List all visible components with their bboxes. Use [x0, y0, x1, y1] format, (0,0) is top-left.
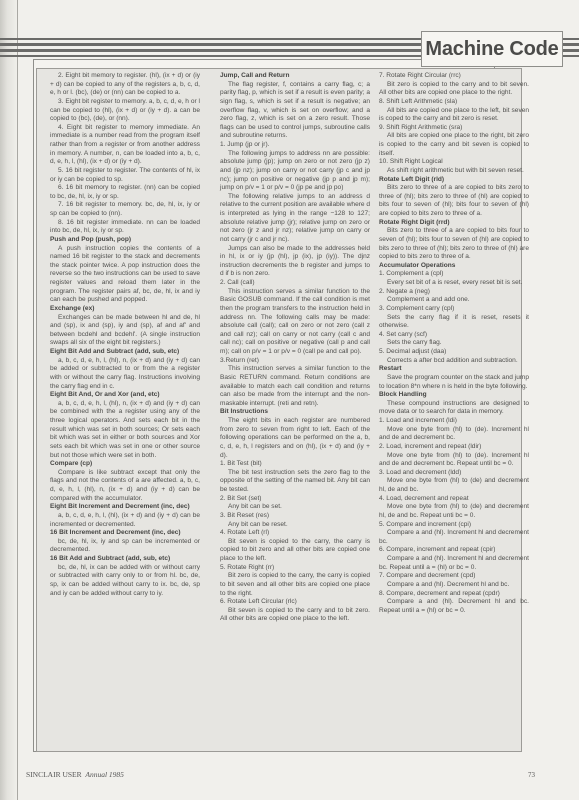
numbered-item-title: 1. Jump (jp or jr). [220, 141, 370, 150]
numbered-item-title: 3. Bit Reset (res) [220, 512, 370, 521]
body-paragraph: Any bit can be set. [220, 503, 370, 512]
section-heading: Exchange (ex) [50, 305, 200, 314]
numbered-item-title: 2. Negate a (neg) [379, 288, 529, 297]
body-paragraph: a, b, c, d, e, h, l, (hl), (ix + d) and … [50, 512, 200, 529]
body-paragraph: This instruction serves a similar functi… [220, 365, 370, 408]
body-paragraph: A push instruction copies the contents o… [50, 245, 200, 305]
body-paragraph: Move one byte from (hl) to (de) and decr… [379, 503, 529, 520]
numbered-item-title: 2. Call (call) [220, 279, 370, 288]
body-paragraph: Bits zero to three of a are copied to bi… [379, 184, 529, 219]
body-paragraph: Corrects a after bcd addition and subtra… [379, 357, 529, 366]
body-paragraph: Compare a and (hl). Increment hl and dec… [379, 555, 529, 572]
section-heading: Restart [379, 365, 529, 374]
body-paragraph: Bit seven is copied to the carry and to … [220, 607, 370, 624]
section-heading: Eight Bit And, Or and Xor (and, etc) [50, 391, 200, 400]
numbered-item-title: 3. Load and decrement (ldd) [379, 469, 529, 478]
body-paragraph: The flag register, f, contains a carry f… [220, 81, 370, 141]
body-paragraph: All bits are copied one place to the rig… [379, 132, 529, 158]
body-paragraph: Exchanges can be made between hl and de,… [50, 314, 200, 349]
numbered-item-title: 6. Rotate Left Circular (rlc) [220, 598, 370, 607]
section-heading: 16 Bit Add and Subtract (add, sub, etc) [50, 555, 200, 564]
body-paragraph: The eight bits in each register are numb… [220, 417, 370, 460]
body-paragraph: Every set bit of a is reset, every reset… [379, 279, 529, 288]
body-paragraph: Bit zero is copied to the carry, the car… [220, 572, 370, 598]
numbered-item-title: 5. Decimal adjust (daa) [379, 348, 529, 357]
body-paragraph: Compare a and (hl). Increment hl and dec… [379, 529, 529, 546]
body-paragraph: All bits are copied one place to the lef… [379, 107, 529, 124]
body-paragraph: bc, de, hl, ix can be added with or with… [50, 564, 200, 599]
body-paragraph: The bit test instruction sets the zero f… [220, 469, 370, 495]
numbered-item-title: 5. Compare and increment (cpi) [379, 521, 529, 530]
numbered-item-title: 8. Compare, decrement and repeat (cpdr) [379, 590, 529, 599]
body-paragraph: Sets the carry flag if it is reset, rese… [379, 314, 529, 331]
body-paragraph: Compare a and (hl). Decrement hl and bc.… [379, 598, 529, 615]
numbered-item-title: 5. Rotate Right (rr) [220, 564, 370, 573]
page-spine-shadow [0, 0, 18, 800]
numbered-item-title: 4. Set carry (scf) [379, 331, 529, 340]
body-paragraph: 8. 16 bit register immediate. nn can be … [50, 219, 200, 236]
section-heading: Eight Bit Add and Subtract (add, sub, et… [50, 348, 200, 357]
section-heading: Block Handling [379, 391, 529, 400]
publication-name: SINCLAIR USER [26, 770, 82, 779]
page-gutter-line [17, 0, 18, 800]
body-paragraph: Bit seven is copied to the carry, the ca… [220, 538, 370, 564]
numbered-item-title: 6. Compare, increment and repeat (cpir) [379, 546, 529, 555]
body-paragraph: 4. Eight bit register to memory immediat… [50, 124, 200, 167]
body-paragraph: 5. 16 bit register to register. The cont… [50, 167, 200, 184]
body-paragraph: Save the program counter on the stack an… [379, 374, 529, 391]
footer-publication: SINCLAIR USER Annual 1985 [26, 770, 124, 779]
section-title: Machine Code [421, 31, 563, 67]
body-paragraph: Move one byte from (hl) to (de) and decr… [379, 477, 529, 494]
numbered-item-title: 1. Bit Test (bit) [220, 460, 370, 469]
numbered-item-title: 9. Shift Right Arithmetic (sra) [379, 124, 529, 133]
numbered-item-title: 1. Load and increment (ldi) [379, 417, 529, 426]
body-paragraph: This instruction serves a similar functi… [220, 288, 370, 357]
article-column-3: 7. Rotate Right Circular (rrc)Bit zero i… [379, 72, 529, 615]
body-paragraph: Move one byte from (hl) to (de). Increme… [379, 452, 529, 469]
article-column-1: 2. Eight bit memory to register. (hl), (… [50, 72, 200, 598]
body-paragraph: Bit zero is copied to the carry and to b… [379, 81, 529, 98]
section-heading: Accumulator Operations [379, 262, 529, 271]
article-column-2: Jump, Call and ReturnThe flag register, … [220, 72, 370, 624]
body-paragraph: The following jumps to address nn are po… [220, 150, 370, 193]
numbered-item-title: 8. Shift Left Arithmetic (sla) [379, 98, 529, 107]
numbered-item-title: 4. Rotate Left (rl) [220, 529, 370, 538]
numbered-item-title: 3.Return (ret) [220, 357, 370, 366]
section-heading: 16 Bit Increment and Decrement (inc, dec… [50, 529, 200, 538]
body-paragraph: Move one byte from (hl) to (de). Increme… [379, 426, 529, 443]
section-heading: Rotate Left Digit (rld) [379, 176, 529, 185]
numbered-item-title: 1. Complement a (cpl) [379, 270, 529, 279]
numbered-item-title: 2. Bit Set (set) [220, 495, 370, 504]
body-paragraph: a, b, c, d, e, h, l, (hl), n, (ix + d) a… [50, 400, 200, 460]
body-paragraph: Compare a and (hl). Decrement hl and bc. [379, 581, 529, 590]
section-heading: Eight Bit Increment and Decrement (inc, … [50, 503, 200, 512]
numbered-item-title: 4. Load, decrement and repeat [379, 495, 529, 504]
body-paragraph: 3. Eight bit register to memory. a, b, c… [50, 98, 200, 124]
section-heading: Jump, Call and Return [220, 72, 370, 81]
body-paragraph: 6. 16 bit memory to register. (nn) can b… [50, 184, 200, 201]
body-paragraph: bc, de, hl, ix, iy and sp can be increme… [50, 538, 200, 555]
body-paragraph: 2. Eight bit memory to register. (hl), (… [50, 72, 200, 98]
body-paragraph: Bits zero to three of a are copied to bi… [379, 227, 529, 262]
body-paragraph: Complement a and add one. [379, 296, 529, 305]
numbered-item-title: 2. Load, increment and repeat (ldir) [379, 443, 529, 452]
body-paragraph: The following relative jumps to an addre… [220, 193, 370, 245]
section-heading: Rotate Right Digit (rrd) [379, 219, 529, 228]
numbered-item-title: 10. Shift Right Logical [379, 158, 529, 167]
numbered-item-title: 3. Complement carry (cpl) [379, 305, 529, 314]
body-paragraph: As shift right arithmetic but with bit s… [379, 167, 529, 176]
section-heading: Push and Pop (push, pop) [50, 236, 200, 245]
body-paragraph: Jumps can also be made to the addresses … [220, 245, 370, 280]
body-paragraph: Sets the carry flag. [379, 339, 529, 348]
issue-name: Annual 1985 [85, 770, 124, 779]
body-paragraph: These compound instructions are designed… [379, 400, 529, 417]
numbered-item-title: 7. Compare and decrement (cpd) [379, 572, 529, 581]
section-heading: Bit Instructions [220, 408, 370, 417]
body-paragraph: Compare is like subtract except that onl… [50, 469, 200, 504]
numbered-item-title: 7. Rotate Right Circular (rrc) [379, 72, 529, 81]
body-paragraph: a, b, c, d, e, h, l, (hl), n, (ix + d) a… [50, 357, 200, 392]
page-number: 73 [528, 771, 535, 779]
body-paragraph: Any bit can be reset. [220, 521, 370, 530]
section-heading: Compare (cp) [50, 460, 200, 469]
body-paragraph: 7. 16 bit register to memory. bc, de, hl… [50, 201, 200, 218]
